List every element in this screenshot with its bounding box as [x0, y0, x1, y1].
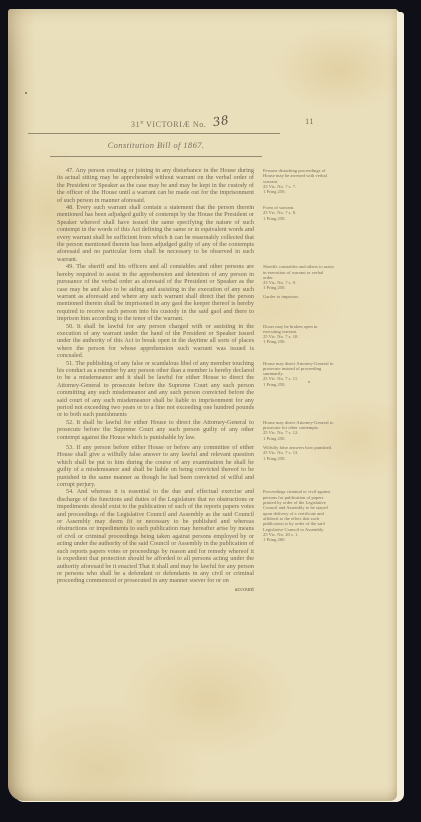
section-margin-notes: Wilfully false answers how punished. 25 …: [263, 444, 335, 464]
section-text: 53. If any person before either House or…: [57, 444, 254, 488]
running-header: 31st VICTORIÆ No. 38 11: [56, 116, 332, 128]
margin-note: House may direct Attorney-General to pro…: [263, 361, 335, 387]
scanned-book-page: 31st VICTORIÆ No. 38 11 Constitution Bil…: [8, 9, 397, 801]
section-number: 51.: [66, 360, 74, 367]
section-text: 48. Every such warrant shall contain a s…: [57, 204, 254, 263]
margin-note: Doors may be broken open in executing wa…: [263, 324, 335, 345]
section-number: 48.: [66, 204, 74, 211]
margin-note: Sheriffs constables and others to assist…: [263, 264, 335, 290]
section-body-text: It shall be lawful for any person charge…: [57, 323, 254, 360]
page-number: 11: [305, 117, 314, 126]
margin-note: Gaoler to imprison.: [263, 294, 335, 299]
section-text: 50. It shall be lawful for any person ch…: [57, 323, 254, 360]
margin-note: Persons disturbing proceedings of House …: [263, 168, 335, 194]
section-margin-notes: Doors may be broken open in executing wa…: [263, 323, 335, 348]
section-number: 54.: [66, 488, 74, 495]
act-section: 48. Every such warrant shall contain a s…: [57, 204, 335, 263]
section-margin-notes: Form of warrant. 25 Vic. No. 7 s. 8. 1 P…: [263, 204, 335, 224]
section-margin-notes: House may direct Attorney-General to pro…: [263, 419, 335, 444]
section-margin-notes: Persons disturbing proceedings of House …: [263, 167, 335, 197]
margin-note: Form of warrant. 25 Vic. No. 7 s. 8. 1 P…: [263, 205, 335, 221]
margin-note: Proceedings criminal or civil against pe…: [263, 489, 335, 542]
act-sections: 47. Any person creating or joining in an…: [57, 167, 335, 585]
header-rule: [28, 133, 280, 134]
section-number: 49.: [66, 263, 74, 270]
section-body-text: And whereas it is essential to the due a…: [57, 488, 254, 584]
section-text: 49. The sheriff and his officers and all…: [57, 263, 254, 322]
act-section: 47. Any person creating or joining in an…: [57, 167, 335, 204]
section-text: 47. Any person creating or joining in an…: [57, 167, 254, 204]
sovereign-name: VICTORIÆ No.: [146, 120, 206, 129]
document-title: Constitution Bill of 1867.: [56, 140, 256, 150]
section-body-text: The sheriff and his officers and all con…: [57, 263, 254, 322]
margin-note: House may direct Attorney-General to pro…: [263, 420, 335, 441]
section-body-text: Any person creating or joining in any di…: [57, 167, 254, 204]
act-section: 50. It shall be lawful for any person ch…: [57, 323, 335, 360]
section-body-text: It shall be lawful for either House to d…: [57, 419, 254, 441]
handwritten-act-number: 38: [212, 113, 231, 130]
section-text: 52. It shall be lawful for either House …: [57, 419, 254, 441]
title-rule: [50, 156, 262, 157]
section-body-text: Every such warrant shall contain a state…: [57, 204, 254, 263]
regnal-suffix: st: [140, 120, 143, 125]
section-margin-notes: Proceedings criminal or civil against pe…: [263, 488, 335, 545]
act-section: 53. If any person before either House or…: [57, 444, 335, 488]
regnal-year: 31: [131, 120, 140, 129]
section-number: 47.: [66, 167, 74, 174]
act-section: 52. It shall be lawful for either House …: [57, 419, 335, 444]
section-body-text: If any person before either House or bef…: [57, 444, 254, 488]
margin-note: Wilfully false answers how punished. 25 …: [263, 445, 335, 461]
act-section: 49. The sheriff and his officers and all…: [57, 263, 335, 322]
section-number: 52.: [66, 419, 74, 426]
act-section: 54. And whereas it is essential to the d…: [57, 488, 335, 584]
section-body-text: The publishing of any false or scandalou…: [57, 360, 254, 419]
page-content: 31st VICTORIÆ No. 38 11 Constitution Bil…: [8, 9, 397, 801]
section-number: 53.: [66, 444, 74, 451]
section-margin-notes: House may direct Attorney-General to pro…: [263, 360, 335, 390]
act-section: 51. The publishing of any false or scand…: [57, 360, 335, 419]
catchword: account: [57, 586, 254, 593]
section-text: 54. And whereas it is essential to the d…: [57, 488, 254, 584]
section-margin-notes: Sheriffs constables and others to assist…: [263, 263, 335, 302]
section-text: 51. The publishing of any false or scand…: [57, 360, 254, 419]
section-number: 50.: [66, 323, 74, 330]
regnal-title: 31st VICTORIÆ No. 38: [131, 116, 230, 130]
